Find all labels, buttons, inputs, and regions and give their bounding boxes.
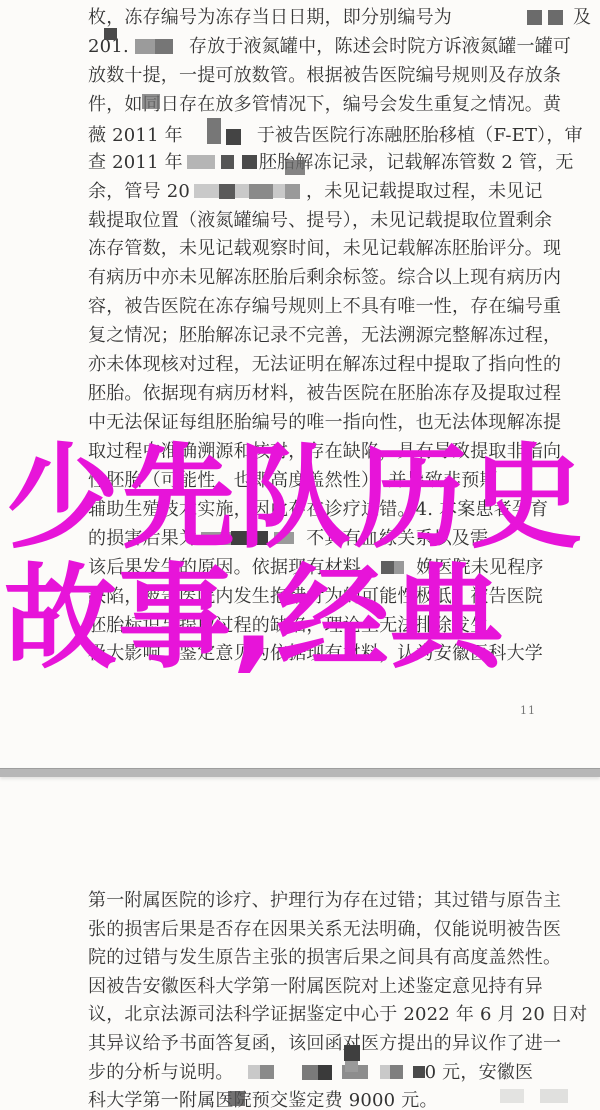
watermark-title-line-2: 故事,经典 bbox=[4, 562, 504, 675]
text-segment: 步的分析与说明。 bbox=[88, 1062, 234, 1083]
redaction-block bbox=[155, 39, 173, 54]
text-segment: 第一附属医院的诊疗、护理行为存在过错；其过错与原告主 bbox=[88, 890, 561, 911]
spacing-gap bbox=[368, 1077, 380, 1078]
redaction-block bbox=[500, 1089, 524, 1103]
redaction-block bbox=[207, 118, 221, 144]
text-segment: 议，北京法源司法科学证据鉴定中心于 2022 年 6 月 20 日对 bbox=[88, 1004, 587, 1025]
page-number: 11 bbox=[520, 704, 536, 717]
text-segment: 胚胎解冻记录，记载解冻管数 2 管，无 bbox=[259, 152, 574, 173]
text-segment: 科大学第一附属医院预交鉴定费 9000 元。 bbox=[88, 1090, 438, 1110]
text-line: 查 2011 年胚胎解冻记录，记载解冻管数 2 管，无 bbox=[88, 151, 574, 175]
redaction-block bbox=[248, 1065, 260, 1079]
text-line: 容，被告医院在冻存编号规则上不具有唯一性，存在编号重 bbox=[88, 295, 561, 319]
redaction-block bbox=[380, 1065, 390, 1079]
text-line: 步的分析与说明。0 元，安徽医 bbox=[88, 1061, 533, 1085]
text-line: 因被告安徽医科大学第一附属医院对上述鉴定意见持有异 bbox=[88, 975, 543, 999]
text-line: 放数十提，一提可放数管。根据被告医院编号规则及存放条 bbox=[88, 64, 561, 88]
redaction-block bbox=[285, 160, 305, 175]
watermark-title-line-1: 少先队历史 bbox=[6, 442, 586, 555]
redaction-block bbox=[318, 1065, 332, 1080]
redaction-block bbox=[104, 28, 117, 40]
text-segment: ，未见记载提取过程，未见记 bbox=[306, 181, 543, 202]
text-line: 亦未体现核对过程，无法证明在解冻过程中提取了指向性的 bbox=[88, 353, 561, 377]
redaction-block bbox=[221, 155, 234, 169]
redaction-block bbox=[344, 1045, 360, 1061]
text-segment: 薇 2011 年 bbox=[88, 125, 183, 146]
text-segment: 查 2011 年 bbox=[88, 152, 183, 173]
text-line: 冻存管数，未见记载观察时间，未见记载解冻胚胎评分。现 bbox=[88, 237, 561, 261]
redaction-block bbox=[390, 1065, 403, 1079]
spacing-gap bbox=[332, 1077, 342, 1078]
redaction-block bbox=[540, 1089, 568, 1103]
text-segment: 容，被告医院在冻存编号规则上不具有唯一性，存在编号重 bbox=[88, 296, 561, 317]
text-line: 201.存放于液氮罐中，陈述会时院方诉液氮罐一罐可 bbox=[88, 35, 571, 59]
spacing-gap bbox=[234, 167, 242, 168]
text-segment: 枚，冻存编号为冻存当日日期，即分别编号为 bbox=[88, 7, 452, 28]
text-line: 议，北京法源司法科学证据鉴定中心于 2022 年 6 月 20 日对 bbox=[88, 1003, 587, 1027]
text-line: 有病历中亦未见解冻胚胎后剩余标签。综合以上现有病历内 bbox=[88, 266, 561, 290]
text-segment: 其异议给予书面答复函，该回函对医方提出的异议作了进一 bbox=[88, 1033, 561, 1054]
spacing-gap bbox=[173, 51, 189, 52]
document-viewport: 枚，冻存编号为冻存当日日期，即分别编号为及201.存放于液氮罐中，陈述会时院方诉… bbox=[0, 0, 600, 1110]
text-line: 科大学第一附属医院预交鉴定费 9000 元。 bbox=[88, 1089, 438, 1110]
text-segment: 载提取位置（液氮罐编号、提号），未见记载提取位置剩余 bbox=[88, 210, 552, 231]
redaction-block bbox=[219, 184, 235, 199]
text-line: 第一附属医院的诊疗、护理行为存在过错；其过错与原告主 bbox=[88, 889, 561, 913]
redaction-block bbox=[413, 1066, 425, 1078]
redaction-block bbox=[302, 1065, 318, 1080]
redaction-block bbox=[260, 1065, 274, 1079]
text-line: 复之情况；胚胎解冻记录不完善，无法溯源完整解冻过程， bbox=[88, 324, 561, 348]
text-segment: 放数十提，一提可放数管。根据被告医院编号规则及存放条 bbox=[88, 65, 561, 86]
text-segment: 于被告医院行冻融胚胎移植（F-ET），审 bbox=[257, 125, 583, 146]
redaction-block bbox=[226, 129, 241, 145]
page-divider bbox=[0, 768, 600, 777]
redaction-block bbox=[242, 155, 257, 169]
redaction-block bbox=[249, 184, 273, 199]
redaction-block bbox=[345, 1061, 358, 1072]
spacing-gap bbox=[183, 140, 207, 141]
spacing-gap bbox=[234, 1077, 248, 1078]
text-segment: 张的损害后果是否存在因果关系无法明确，仅能说明被告医 bbox=[88, 919, 561, 940]
text-segment: 及 bbox=[573, 7, 591, 28]
spacing-gap bbox=[452, 22, 527, 23]
text-line: 胚胎。依据现有病历材料，被告医院在胚胎冻存及提取过程 bbox=[88, 382, 561, 406]
text-line: 薇 2011 年于被告医院行冻融胚胎移植（F-ET），审 bbox=[88, 122, 583, 150]
text-line: 张的损害后果是否存在因果关系无法明确，仅能说明被告医 bbox=[88, 918, 561, 942]
text-segment: 余，管号 20 bbox=[88, 181, 190, 202]
redaction-block bbox=[527, 10, 542, 25]
spacing-gap bbox=[274, 1077, 302, 1078]
text-segment: 0 元，安徽医 bbox=[425, 1062, 534, 1083]
text-segment: 冻存管数，未见记载观察时间，未见记载解冻胚胎评分。现 bbox=[88, 238, 561, 259]
redaction-block bbox=[187, 155, 215, 169]
text-segment: 有病历中亦未见解冻胚胎后剩余标签。综合以上现有病历内 bbox=[88, 267, 561, 288]
text-line: 枚，冻存编号为冻存当日日期，即分别编号为及 bbox=[88, 6, 591, 30]
text-segment: 中无法保证每组胚胎编号的唯一指向性，也无法体现解冻提 bbox=[88, 412, 561, 433]
text-line: 余，管号 20，未见记载提取过程，未见记 bbox=[88, 180, 543, 204]
redaction-block bbox=[135, 39, 155, 54]
text-segment: 胚胎。依据现有病历材料，被告医院在胚胎冻存及提取过程 bbox=[88, 383, 561, 404]
spacing-gap bbox=[403, 1077, 413, 1078]
redaction-block bbox=[235, 184, 249, 198]
redaction-block bbox=[273, 184, 285, 198]
redaction-block bbox=[285, 184, 300, 199]
text-segment: 复之情况；胚胎解冻记录不完善，无法溯源完整解冻过程， bbox=[88, 325, 561, 346]
text-segment: 因被告安徽医科大学第一附属医院对上述鉴定意见持有异 bbox=[88, 976, 543, 997]
spacing-gap bbox=[563, 22, 573, 23]
text-line: 院的过错与发生原告主张的损害后果之间具有高度盖然性。 bbox=[88, 946, 561, 970]
redaction-block bbox=[194, 184, 219, 198]
text-segment: 院的过错与发生原告主张的损害后果之间具有高度盖然性。 bbox=[88, 947, 561, 968]
text-segment: 存放于液氮罐中，陈述会时院方诉液氮罐一罐可 bbox=[189, 36, 571, 57]
redaction-block bbox=[548, 10, 563, 25]
text-segment: 亦未体现核对过程，无法证明在解冻过程中提取了指向性的 bbox=[88, 354, 561, 375]
text-line: 其异议给予书面答复函，该回函对医方提出的异议作了进一 bbox=[88, 1032, 561, 1056]
redaction-block bbox=[228, 1091, 245, 1106]
spacing-gap bbox=[241, 140, 257, 141]
text-line: 载提取位置（液氮罐编号、提号），未见记载提取位置剩余 bbox=[88, 209, 552, 233]
redaction-block bbox=[142, 94, 160, 109]
